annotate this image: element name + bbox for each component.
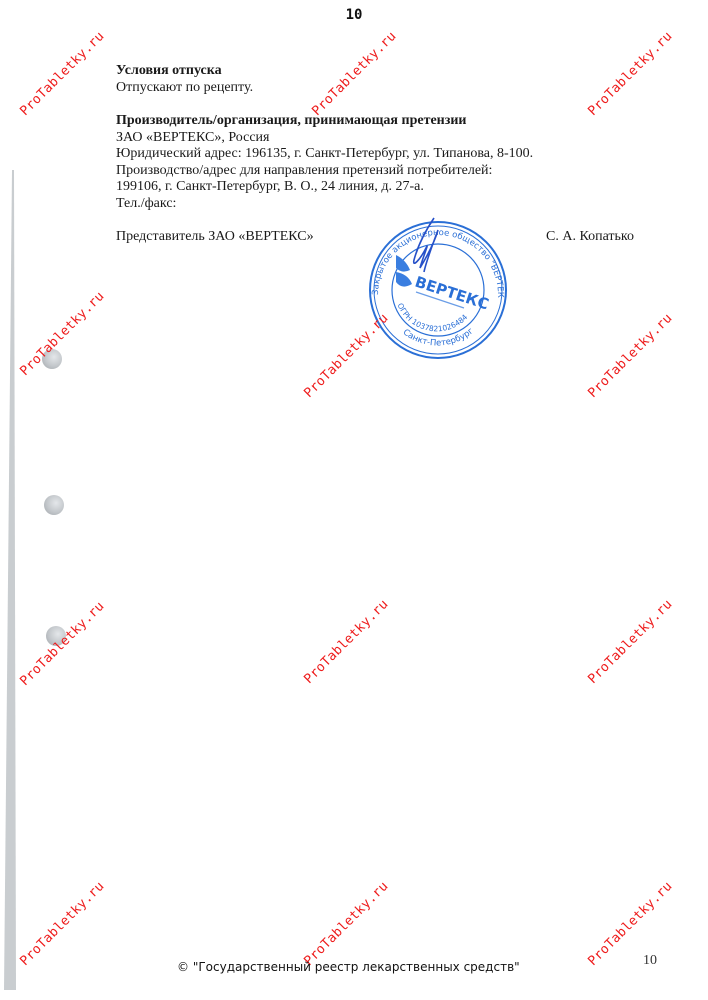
punch-hole	[44, 495, 64, 515]
legal-address: Юридический адрес: 196135, г. Санкт-Пете…	[116, 146, 676, 163]
watermark-text: ProTabletky.ru	[585, 879, 675, 969]
page-number-bottom: 10	[643, 953, 657, 969]
dispensing-title: Условия отпуска	[116, 63, 676, 80]
claims-address-label: Производство/адрес для направления прете…	[116, 163, 676, 180]
watermark-text: ProTabletky.ru	[301, 597, 391, 687]
footer-copyright: © "Государственный реестр лекарственных …	[177, 960, 520, 974]
scan-edge-strip	[0, 0, 20, 1000]
claims-address: 199106, г. Санкт-Петербург, В. О., 24 ли…	[116, 179, 676, 196]
watermark-text: ProTabletky.ru	[585, 597, 675, 687]
representative-name: С. А. Копатько	[546, 229, 634, 246]
watermark-text: ProTabletky.ru	[17, 289, 107, 379]
manufacturer-name: ЗАО «ВЕРТЕКС», Россия	[116, 130, 676, 147]
watermark-text: ProTabletky.ru	[17, 29, 107, 119]
watermark-text: ProTabletky.ru	[17, 879, 107, 969]
stamp-logo: ВЕРТЕКС	[413, 273, 491, 314]
watermark-text: ProTabletky.ru	[17, 599, 107, 689]
company-stamp: Закрытое акционерное общество "ВЕРТЕКС" …	[356, 200, 516, 370]
page-number-top: 10	[0, 7, 708, 23]
dispensing-text: Отпускают по рецепту.	[116, 80, 676, 97]
watermark-text: ProTabletky.ru	[301, 879, 391, 969]
representative-label: Представитель ЗАО «ВЕРТЕКС»	[116, 229, 314, 244]
watermark-text: ProTabletky.ru	[585, 311, 675, 401]
